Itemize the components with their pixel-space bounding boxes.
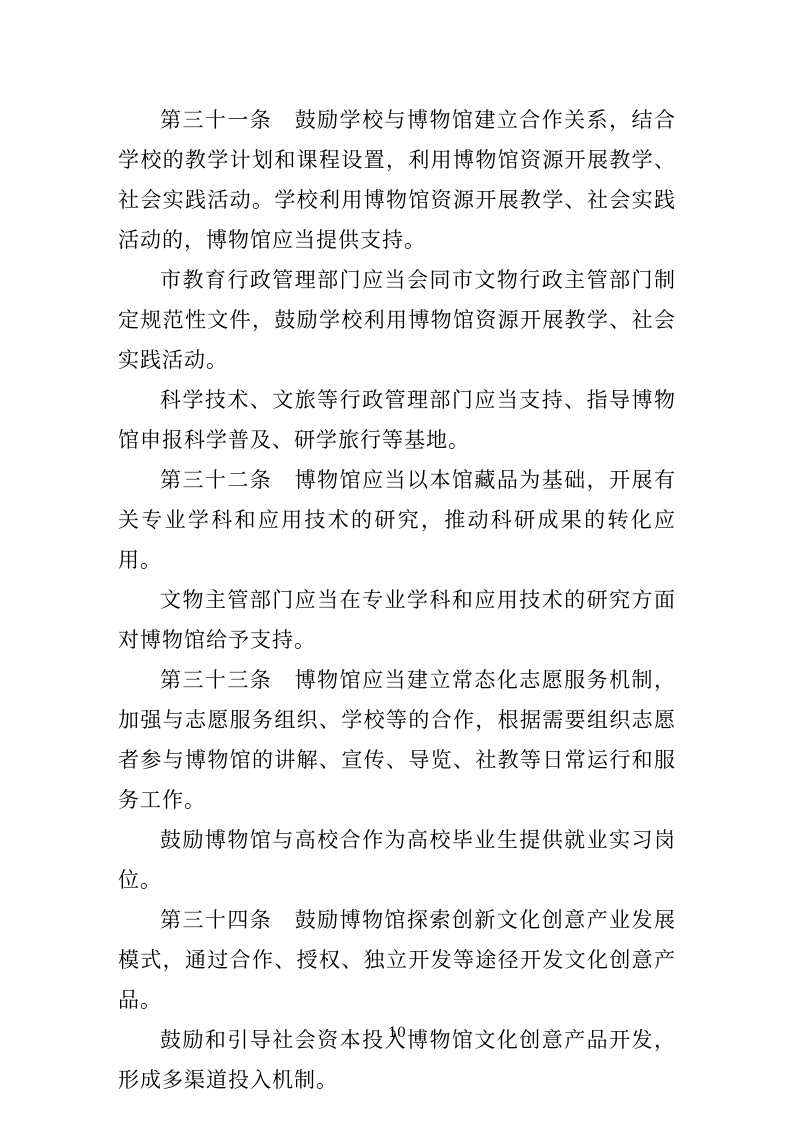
paragraph: 市教育行政管理部门应当会同市文物行政主管部门制定规范性文件，鼓励学校利用博物馆资… bbox=[118, 260, 676, 380]
paragraph: 第三十二条 博物馆应当以本馆藏品为基础，开展有关专业学科和应用技术的研究，推动科… bbox=[118, 460, 676, 580]
paragraph: 第三十一条 鼓励学校与博物馆建立合作关系，结合学校的教学计划和课程设置，利用博物… bbox=[118, 100, 676, 260]
page-number: 10 bbox=[0, 1024, 794, 1042]
paragraph: 第三十三条 博物馆应当建立常态化志愿服务机制，加强与志愿服务组织、学校等的合作，… bbox=[118, 660, 676, 820]
document-body: 第三十一条 鼓励学校与博物馆建立合作关系，结合学校的教学计划和课程设置，利用博物… bbox=[118, 100, 676, 1100]
paragraph: 科学技术、文旅等行政管理部门应当支持、指导博物馆申报科学普及、研学旅行等基地。 bbox=[118, 380, 676, 460]
paragraph: 文物主管部门应当在专业学科和应用技术的研究方面对博物馆给予支持。 bbox=[118, 580, 676, 660]
paragraph: 鼓励博物馆与高校合作为高校毕业生提供就业实习岗位。 bbox=[118, 820, 676, 900]
document-page: 第三十一条 鼓励学校与博物馆建立合作关系，结合学校的教学计划和课程设置，利用博物… bbox=[0, 0, 794, 1123]
paragraph: 第三十四条 鼓励博物馆探索创新文化创意产业发展模式，通过合作、授权、独立开发等途… bbox=[118, 900, 676, 1020]
